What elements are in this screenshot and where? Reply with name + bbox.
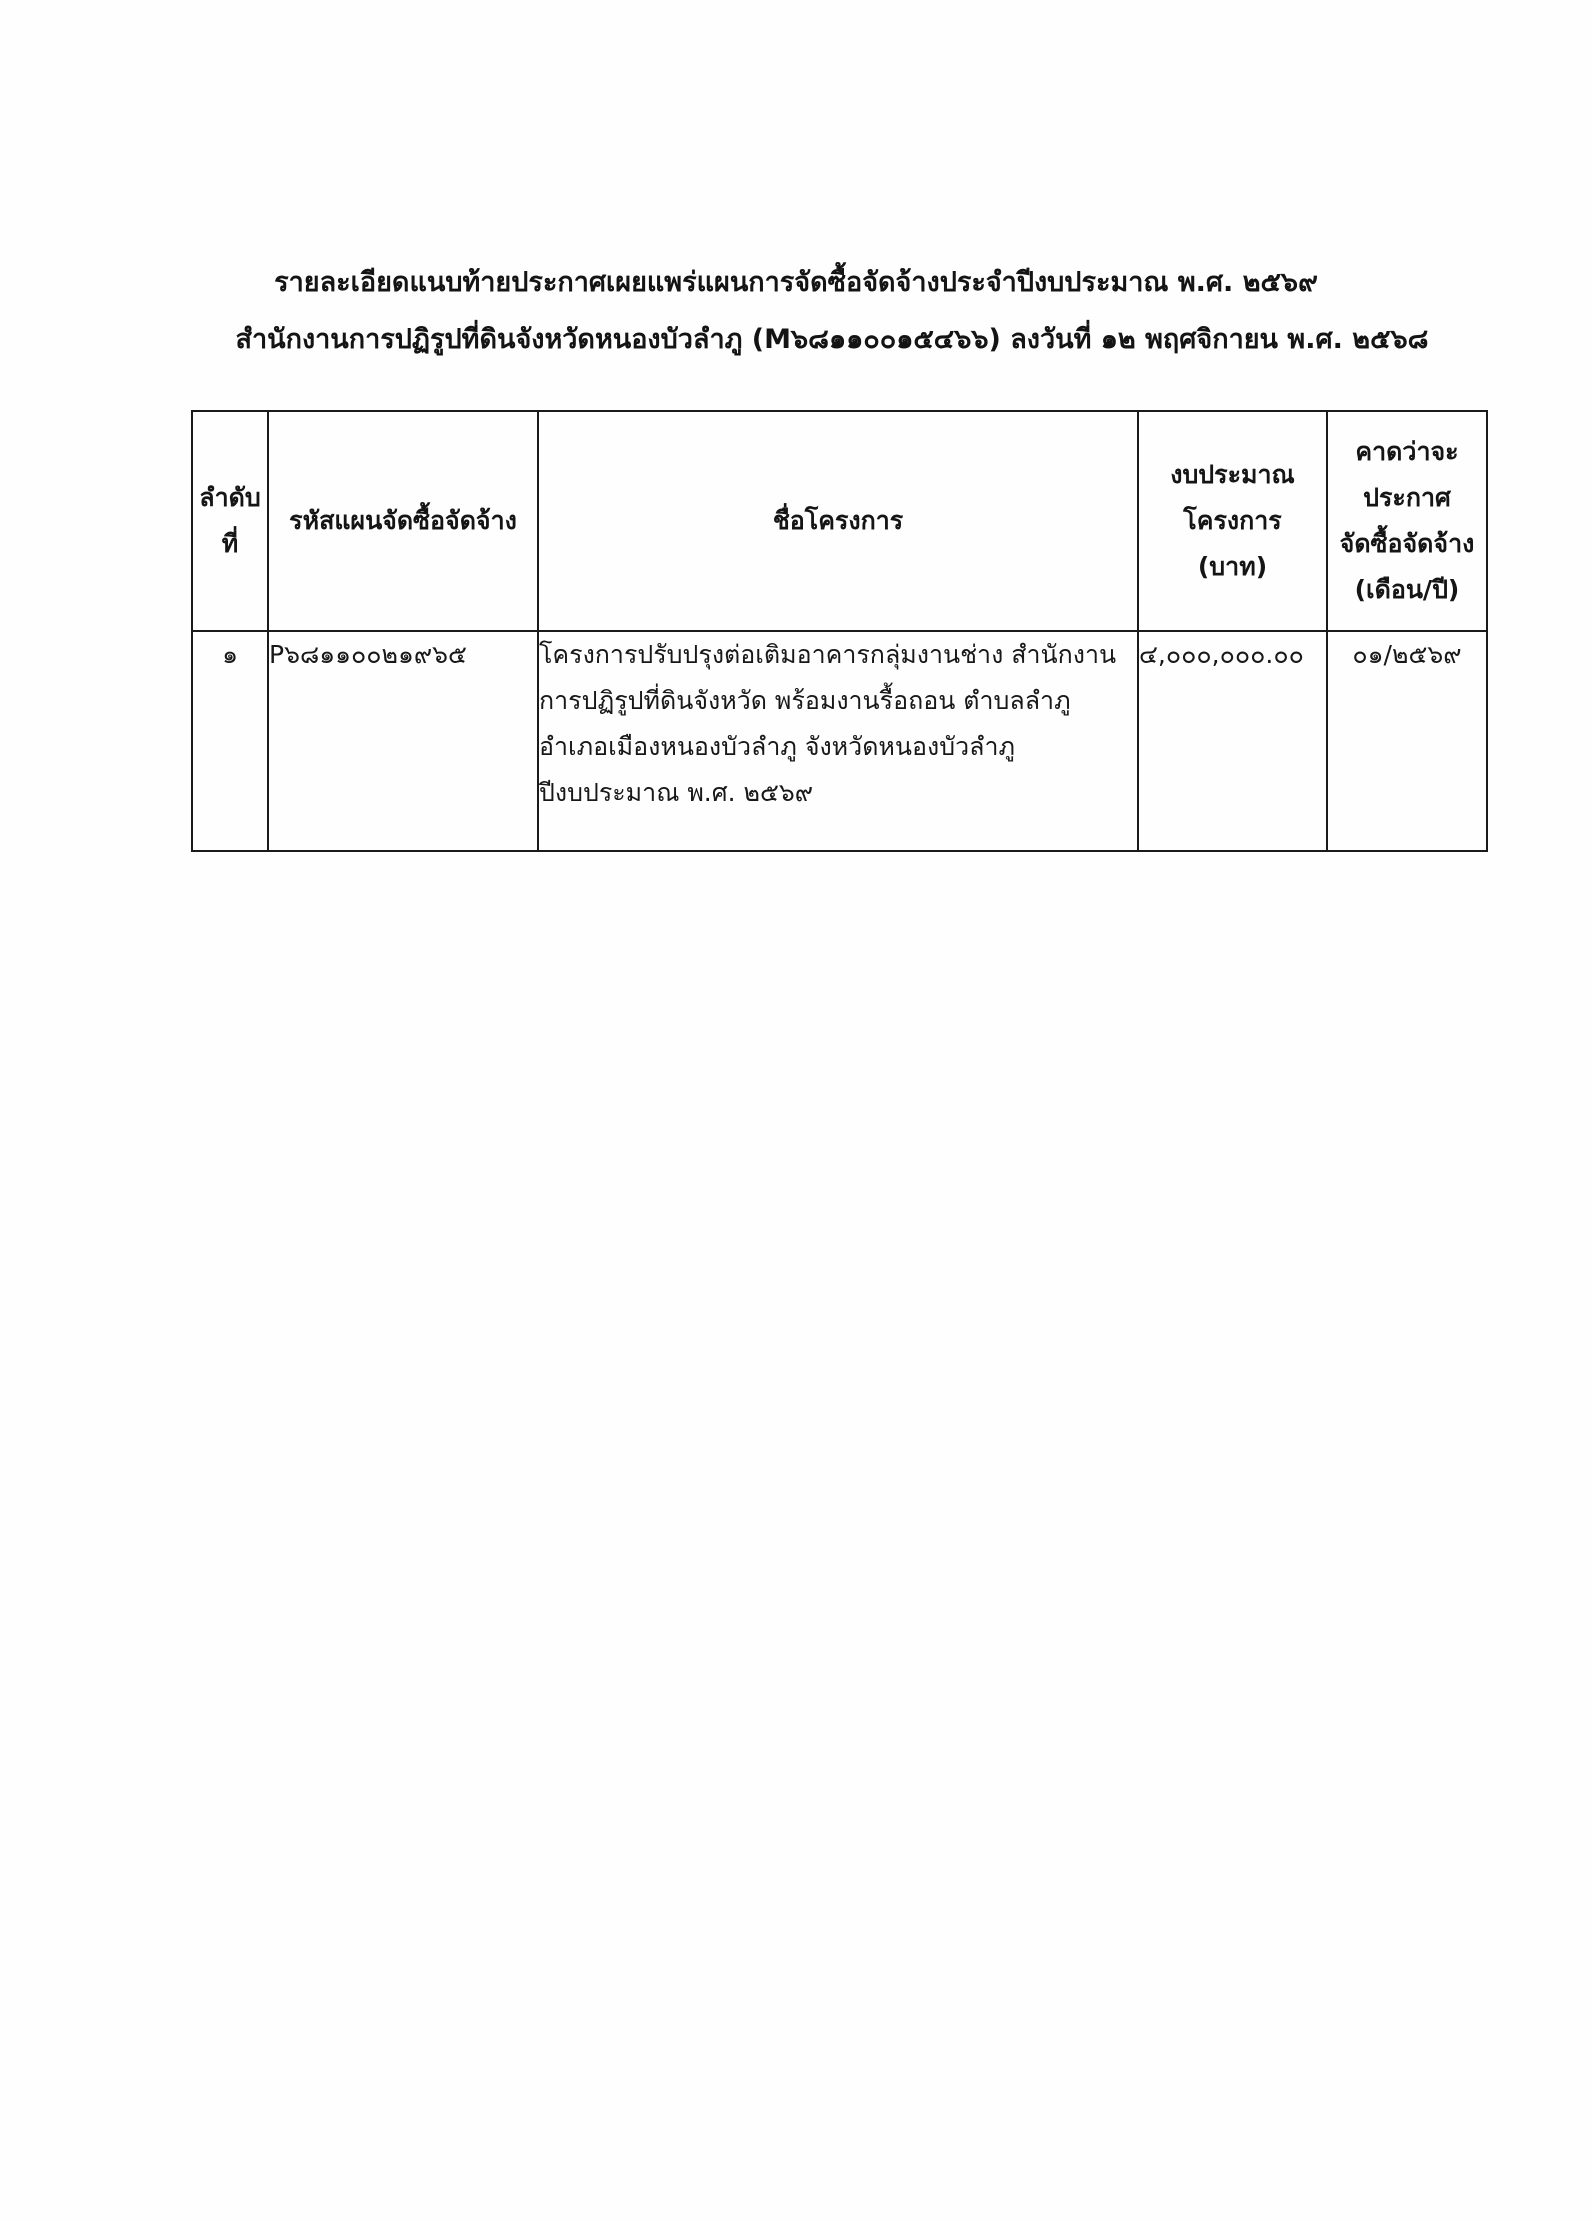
table-row: ๑ P๖๘๑๑๐๐๒๑๙๖๕ โครงการปรับปรุงต่อเติมอาค… bbox=[192, 631, 1487, 851]
project-name-line: อำเภอเมืองหนองบัวลำภู จังหวัดหนองบัวลำภู bbox=[539, 724, 1137, 770]
cell-no: ๑ bbox=[192, 631, 268, 851]
header-no-line: ลำดับ bbox=[193, 475, 267, 521]
header-budget-line: โครงการ bbox=[1139, 498, 1326, 544]
cell-plan-code: P๖๘๑๑๐๐๒๑๙๖๕ bbox=[268, 631, 538, 851]
header-budget-line: งบประมาณ bbox=[1139, 452, 1326, 498]
document-subtitle: สำนักงานการปฏิรูปที่ดินจังหวัดหนองบัวลำภ… bbox=[36, 320, 1592, 360]
header-name: ชื่อโครงการ bbox=[538, 411, 1138, 631]
cell-budget: ๔,๐๐๐,๐๐๐.๐๐ bbox=[1138, 631, 1327, 851]
header-month-line: ประกาศ bbox=[1328, 475, 1486, 521]
cell-announce-month: ๐๑/๒๕๖๙ bbox=[1327, 631, 1487, 851]
table-header-row: ลำดับ ที่ รหัสแผนจัดซื้อจัดจ้าง ชื่อโครง… bbox=[192, 411, 1487, 631]
procurement-plan-table: ลำดับ ที่ รหัสแผนจัดซื้อจัดจ้าง ชื่อโครง… bbox=[191, 410, 1488, 852]
header-month-line: คาดว่าจะ bbox=[1328, 429, 1486, 475]
header-code: รหัสแผนจัดซื้อจัดจ้าง bbox=[268, 411, 538, 631]
project-name-line: โครงการปรับปรุงต่อเติมอาคารกลุ่มงานช่าง … bbox=[539, 632, 1137, 678]
header-budget: งบประมาณ โครงการ (บาท) bbox=[1138, 411, 1327, 631]
project-name-line: การปฏิรูปที่ดินจังหวัด พร้อมงานรื้อถอน ต… bbox=[539, 678, 1137, 724]
header-no: ลำดับ ที่ bbox=[192, 411, 268, 631]
header-budget-line: (บาท) bbox=[1139, 544, 1326, 590]
header-month: คาดว่าจะ ประกาศ จัดซื้อจัดจ้าง (เดือน/ปี… bbox=[1327, 411, 1487, 631]
cell-project-name: โครงการปรับปรุงต่อเติมอาคารกลุ่มงานช่าง … bbox=[538, 631, 1138, 851]
project-name-line: ปีงบประมาณ พ.ศ. ๒๕๖๙ bbox=[539, 770, 1137, 816]
header-month-line: (เดือน/ปี) bbox=[1328, 567, 1486, 613]
document-title: รายละเอียดแนบท้ายประกาศเผยแพร่แผนการจัดซ… bbox=[0, 263, 1592, 303]
document-page: รายละเอียดแนบท้ายประกาศเผยแพร่แผนการจัดซ… bbox=[0, 0, 1592, 2221]
header-month-line: จัดซื้อจัดจ้าง bbox=[1328, 521, 1486, 567]
header-no-line: ที่ bbox=[193, 521, 267, 567]
